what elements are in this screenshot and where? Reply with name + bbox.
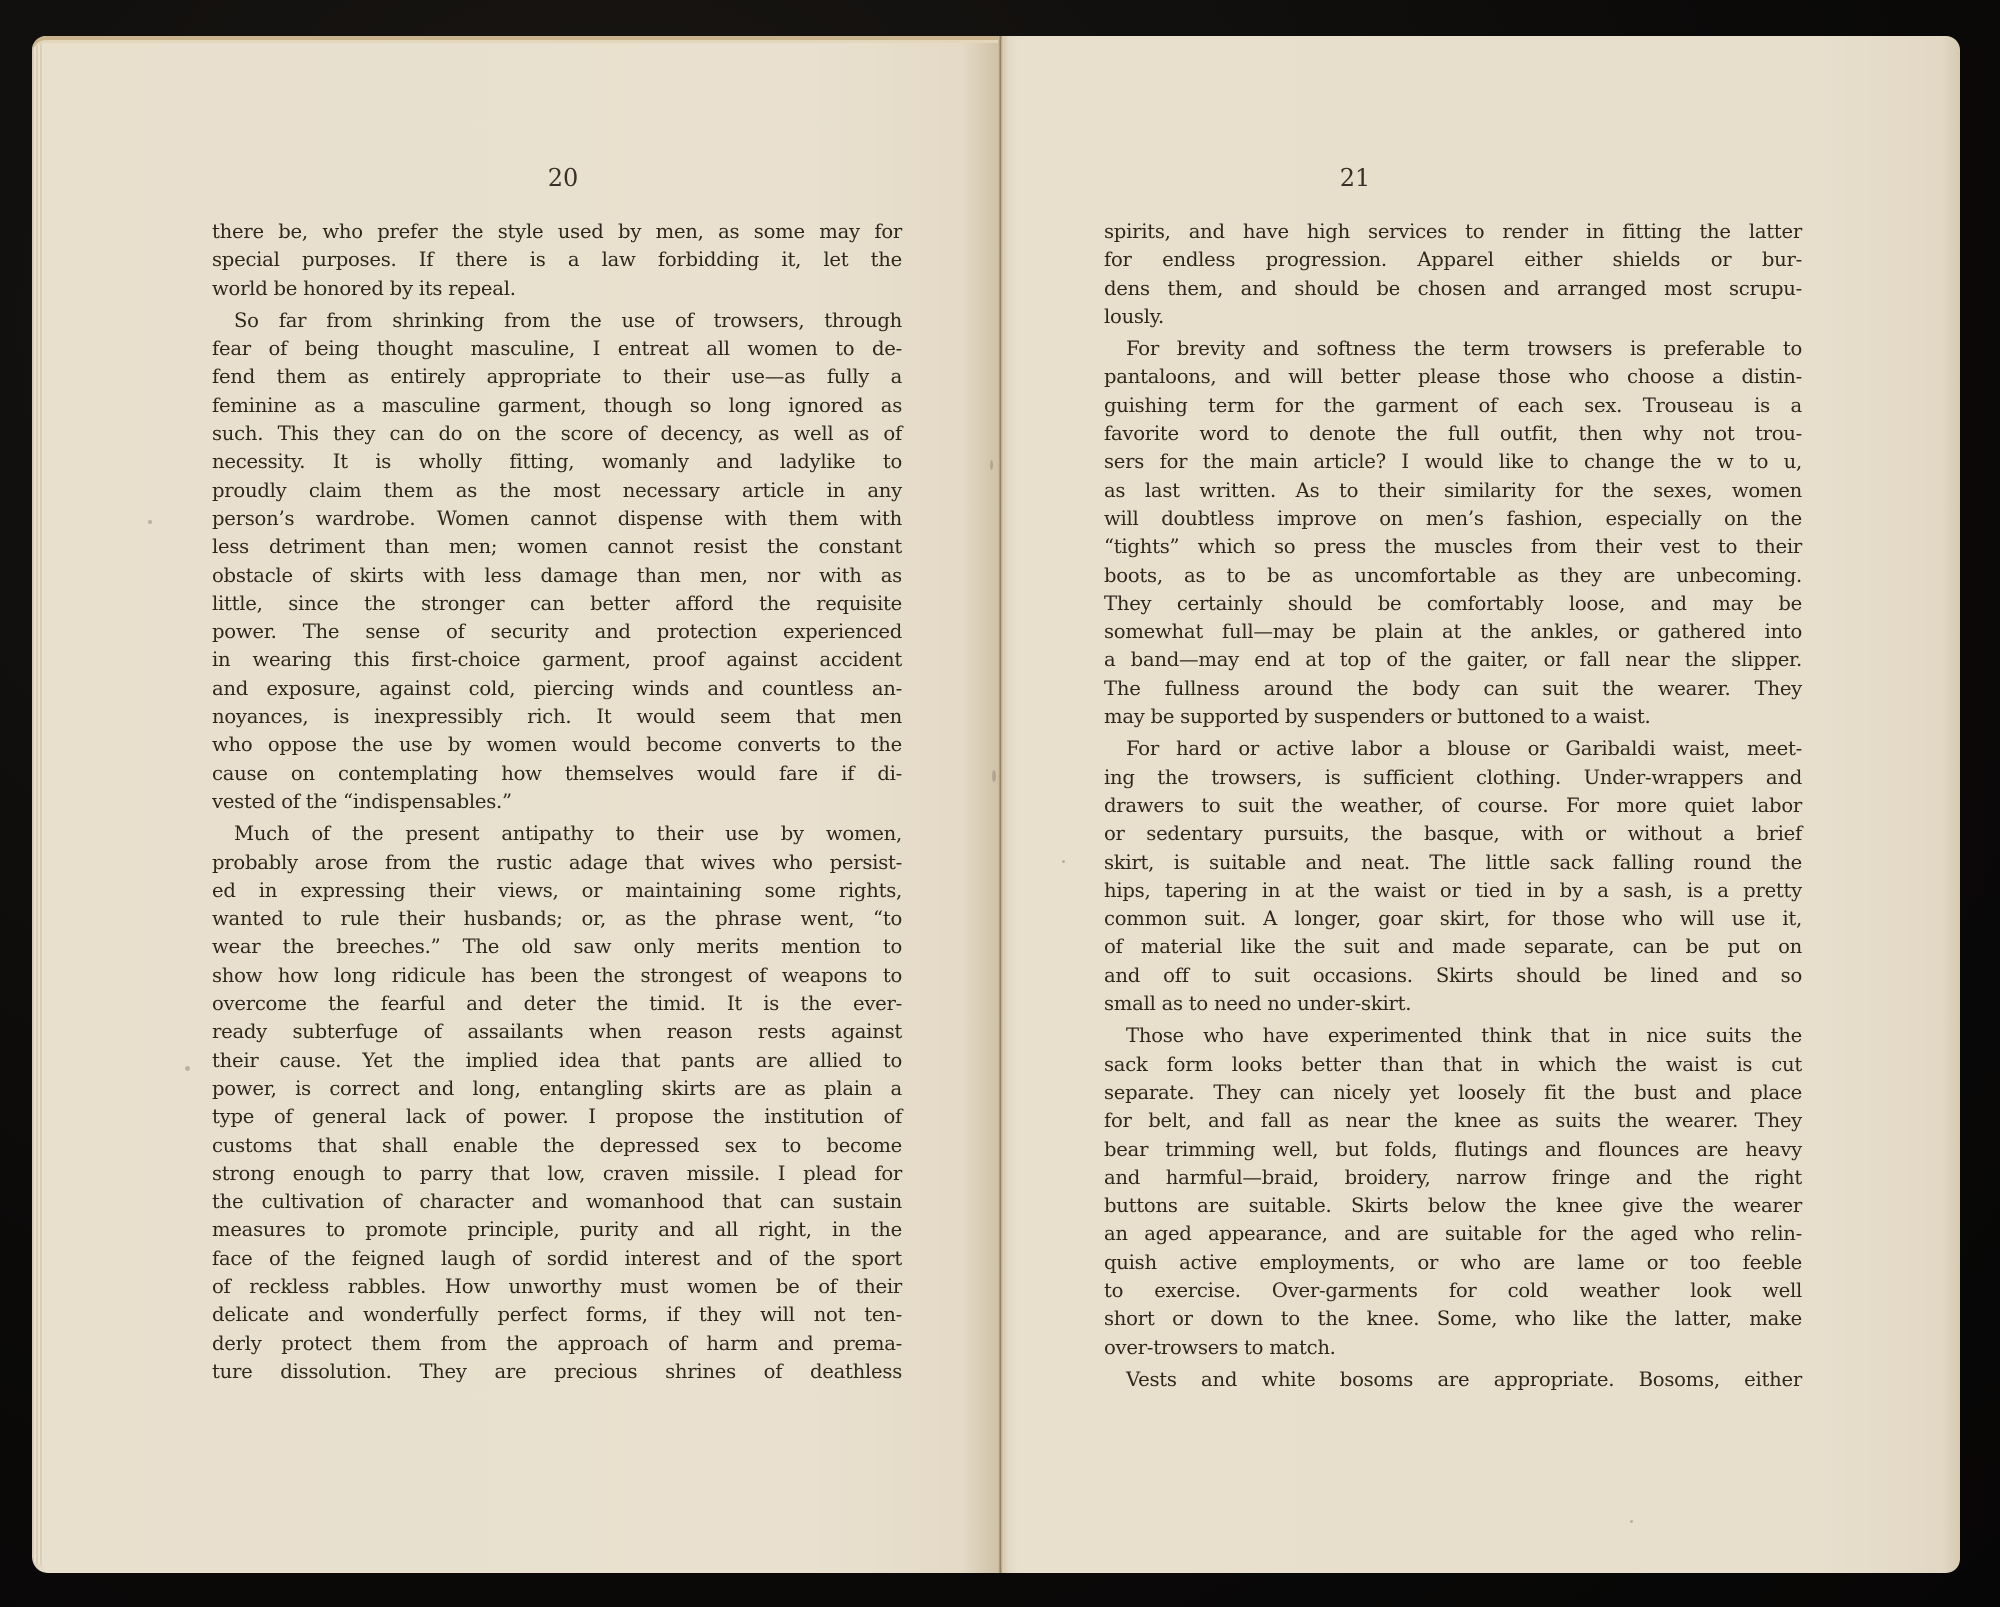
text-line: vested of the “indispensables.” bbox=[212, 788, 902, 816]
text-line: hips, tapering in at the waist or tied i… bbox=[1104, 877, 1802, 905]
paper-speck bbox=[1062, 860, 1065, 863]
text-line: or sedentary pursuits, the basque, with … bbox=[1104, 820, 1802, 848]
text-line: over-trowsers to match. bbox=[1104, 1334, 1802, 1362]
text-line: there be, who prefer the style used by m… bbox=[212, 218, 902, 246]
text-line: as last written. As to their similarity … bbox=[1104, 477, 1802, 505]
text-line: boots, as to be as uncomfortable as they… bbox=[1104, 562, 1802, 590]
text-line: power. The sense of security and protect… bbox=[212, 618, 902, 646]
paper-speck bbox=[185, 1066, 190, 1071]
paragraph: Vests and white bosoms are appropriate. … bbox=[1104, 1366, 1802, 1394]
text-line: and off to suit occasions. Skirts should… bbox=[1104, 962, 1802, 990]
text-line: and exposure, against cold, piercing win… bbox=[212, 675, 902, 703]
text-line: probably arose from the rustic adage tha… bbox=[212, 849, 902, 877]
text-line: short or down to the knee. Some, who lik… bbox=[1104, 1305, 1802, 1333]
paragraph: spirits, and have high services to rende… bbox=[1104, 218, 1802, 331]
paragraph: For brevity and softness the term trowse… bbox=[1104, 335, 1802, 731]
text-line: to exercise. Over-garments for cold weat… bbox=[1104, 1277, 1802, 1305]
text-line: for endless progression. Apparel either … bbox=[1104, 246, 1802, 274]
text-line: may be supported by suspenders or button… bbox=[1104, 703, 1802, 731]
text-line: wear the breeches.” The old saw only mer… bbox=[212, 933, 902, 961]
text-line: little, since the stronger can better af… bbox=[212, 590, 902, 618]
text-line: fend them as entirely appropriate to the… bbox=[212, 363, 902, 391]
text-line: derly protect them from the approach of … bbox=[212, 1330, 902, 1358]
text-line: small as to need no under-skirt. bbox=[1104, 990, 1802, 1018]
text-line: separate. They can nicely yet loosely fi… bbox=[1104, 1079, 1802, 1107]
text-line: overcome the fearful and deter the timid… bbox=[212, 990, 902, 1018]
text-line: delicate and wonderfully perfect forms, … bbox=[212, 1301, 902, 1329]
text-line: for belt, and fall as near the knee as s… bbox=[1104, 1107, 1802, 1135]
text-line: For hard or active labor a blouse or Gar… bbox=[1104, 735, 1802, 763]
text-line: necessity. It is wholly fitting, womanly… bbox=[212, 448, 902, 476]
paper-speck bbox=[148, 520, 152, 524]
text-line: and harmful—braid, broidery, narrow frin… bbox=[1104, 1164, 1802, 1192]
text-line: of material like the suit and made separ… bbox=[1104, 933, 1802, 961]
paragraph: Those who have experimented think that i… bbox=[1104, 1022, 1802, 1362]
page-number-left: 20 bbox=[523, 164, 603, 192]
text-line: common suit. A longer, goar skirt, for t… bbox=[1104, 905, 1802, 933]
text-line: face of the feigned laugh of sordid inte… bbox=[212, 1245, 902, 1273]
text-line: pantaloons, and will better please those… bbox=[1104, 363, 1802, 391]
book-scan: 20 21 there be, who prefer the style use… bbox=[0, 0, 2000, 1607]
text-line: ing the trowsers, is sufficient clothing… bbox=[1104, 764, 1802, 792]
text-line: person’s wardrobe. Women cannot dispense… bbox=[212, 505, 902, 533]
text-line: in wearing this first-choice garment, pr… bbox=[212, 646, 902, 674]
text-line: ed in expressing their views, or maintai… bbox=[212, 877, 902, 905]
text-line: the cultivation of character and womanho… bbox=[212, 1188, 902, 1216]
text-line: will doubtless improve on men’s fashion,… bbox=[1104, 505, 1802, 533]
text-line: such. This they can do on the score of d… bbox=[212, 420, 902, 448]
text-line: quish active employments, or who are lam… bbox=[1104, 1249, 1802, 1277]
text-line: sack form looks better than that in whic… bbox=[1104, 1051, 1802, 1079]
paragraph: For hard or active labor a blouse or Gar… bbox=[1104, 735, 1802, 1018]
text-line: favorite word to denote the full outfit,… bbox=[1104, 420, 1802, 448]
text-line: ready subterfuge of assailants when reas… bbox=[212, 1018, 902, 1046]
text-line: their cause. Yet the implied idea that p… bbox=[212, 1047, 902, 1075]
text-line: strong enough to parry that low, craven … bbox=[212, 1160, 902, 1188]
text-line: power, is correct and long, entangling s… bbox=[212, 1075, 902, 1103]
text-line: somewhat full—may be plain at the ankles… bbox=[1104, 618, 1802, 646]
text-line: buttons are suitable. Skirts below the k… bbox=[1104, 1192, 1802, 1220]
text-line: measures to promote principle, purity an… bbox=[212, 1216, 902, 1244]
text-line: guishing term for the garment of each se… bbox=[1104, 392, 1802, 420]
text-line: sers for the main article? I would like … bbox=[1104, 448, 1802, 476]
text-line: fear of being thought masculine, I entre… bbox=[212, 335, 902, 363]
text-line: type of general lack of power. I propose… bbox=[212, 1103, 902, 1131]
text-line: The fullness around the body can suit th… bbox=[1104, 675, 1802, 703]
text-line: obstacle of skirts with less damage than… bbox=[212, 562, 902, 590]
book-gutter bbox=[998, 36, 1004, 1573]
text-line: ture dissolution. They are precious shri… bbox=[212, 1358, 902, 1386]
text-line: For brevity and softness the term trowse… bbox=[1104, 335, 1802, 363]
text-line: Vests and white bosoms are appropriate. … bbox=[1104, 1366, 1802, 1394]
text-line: Much of the present antipathy to their u… bbox=[212, 820, 902, 848]
paper-speck bbox=[1630, 1520, 1633, 1523]
text-line: dens them, and should be chosen and arra… bbox=[1104, 275, 1802, 303]
text-line: proudly claim them as the most necessary… bbox=[212, 477, 902, 505]
text-line: less detriment than men; women cannot re… bbox=[212, 533, 902, 561]
text-line: world be honored by its repeal. bbox=[212, 275, 902, 303]
text-line: of reckless rabbles. How unworthy must w… bbox=[212, 1273, 902, 1301]
text-line: show how long ridicule has been the stro… bbox=[212, 962, 902, 990]
paper-speck bbox=[990, 460, 993, 470]
text-line: customs that shall enable the depressed … bbox=[212, 1132, 902, 1160]
left-page-body: there be, who prefer the style used by m… bbox=[212, 218, 902, 1386]
page-number-right: 21 bbox=[1315, 164, 1395, 192]
text-line: “tights” which so press the muscles from… bbox=[1104, 533, 1802, 561]
text-line: special purposes. If there is a law forb… bbox=[212, 246, 902, 274]
text-line: who oppose the use by women would become… bbox=[212, 731, 902, 759]
paragraph: there be, who prefer the style used by m… bbox=[212, 218, 902, 303]
paper-speck bbox=[992, 770, 996, 782]
text-line: an aged appearance, and are suitable for… bbox=[1104, 1220, 1802, 1248]
text-line: drawers to suit the weather, of course. … bbox=[1104, 792, 1802, 820]
text-line: spirits, and have high services to rende… bbox=[1104, 218, 1802, 246]
text-line: lously. bbox=[1104, 303, 1802, 331]
text-line: wanted to rule their husbands; or, as th… bbox=[212, 905, 902, 933]
text-line: Those who have experimented think that i… bbox=[1104, 1022, 1802, 1050]
paragraph: So far from shrinking from the use of tr… bbox=[212, 307, 902, 816]
text-line: skirt, is suitable and neat. The little … bbox=[1104, 849, 1802, 877]
text-line: a band—may end at top of the gaiter, or … bbox=[1104, 646, 1802, 674]
right-page-body: spirits, and have high services to rende… bbox=[1104, 218, 1802, 1394]
text-line: feminine as a masculine garment, though … bbox=[212, 392, 902, 420]
text-line: They certainly should be comfortably loo… bbox=[1104, 590, 1802, 618]
text-line: cause on contemplating how themselves wo… bbox=[212, 760, 902, 788]
text-line: noyances, is inexpressibly rich. It woul… bbox=[212, 703, 902, 731]
text-line: So far from shrinking from the use of tr… bbox=[212, 307, 902, 335]
paragraph: Much of the present antipathy to their u… bbox=[212, 820, 902, 1386]
text-line: bear trimming well, but folds, flutings … bbox=[1104, 1136, 1802, 1164]
